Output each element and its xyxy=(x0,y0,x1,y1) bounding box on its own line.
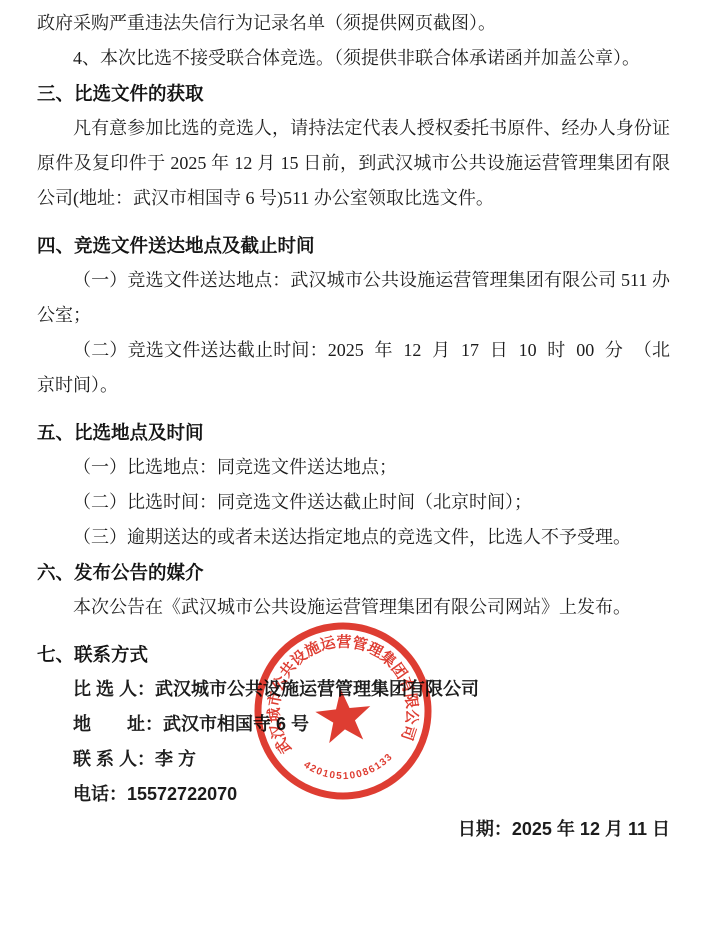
contact-value: 武汉城市公共设施运营管理集团有限公司 xyxy=(155,679,479,699)
contact-value: 15572722070 xyxy=(127,784,237,804)
contact-label: 联 系 人： xyxy=(73,749,155,769)
carryover-line: 政府采购严重违法失信行为记录名单（须提供网页截图）。 xyxy=(37,6,670,41)
section-6-title: 六、发布公告的媒介 xyxy=(37,555,670,590)
section-6-body: 本次公告在《武汉城市公共设施运营管理集团有限公司网站》上发布。 xyxy=(37,590,670,625)
section-5-item-1: （一）比选地点：同竞选文件送达地点； xyxy=(37,450,670,485)
section-5-item-2: （二）比选时间：同竞选文件送达截止时间（北京时间）； xyxy=(37,485,670,520)
date-line: 日期：2025 年 12 月 11 日 xyxy=(37,812,670,847)
contact-row-phone: 电话：15572722070 xyxy=(37,777,670,812)
contact-value: 李 方 xyxy=(155,749,196,769)
section-5-item-3: （三）逾期送达的或者未送达指定地点的竞选文件，比选人不予受理。 xyxy=(37,520,670,555)
section-4-item-1: （一）竞选文件送达地点：武汉城市公共设施运营管理集团有限公司 511 办公室； xyxy=(37,263,670,333)
section-7-title: 七、联系方式 xyxy=(37,637,670,672)
section-4-title: 四、竞选文件送达地点及截止时间 xyxy=(37,228,670,263)
section-5-title: 五、比选地点及时间 xyxy=(37,415,670,450)
contact-value: 武汉市相国寺 6 号 xyxy=(163,714,309,734)
contact-row-person: 联 系 人：李 方 xyxy=(37,742,670,777)
section-4-item-2: （二）竞选文件送达截止时间：2025 年 12 月 17 日 10 时 00 分… xyxy=(37,333,670,403)
section-3-body: 凡有意参加比选的竞选人，请持法定代表人授权委托书原件、经办人身份证原件及复印件于… xyxy=(37,111,670,216)
item4-line: 4、本次比选不接受联合体竞选。（须提供非联合体承诺函并加盖公章）。 xyxy=(37,41,670,76)
contact-label: 电话： xyxy=(73,784,127,804)
contact-row-bidder: 比 选 人：武汉城市公共设施运营管理集团有限公司 xyxy=(37,672,670,707)
contact-label: 地 址： xyxy=(73,714,163,734)
contact-row-address: 地 址：武汉市相国寺 6 号 xyxy=(37,707,670,742)
document-page: 政府采购严重违法失信行为记录名单（须提供网页截图）。 4、本次比选不接受联合体竞… xyxy=(0,0,708,927)
section-3-title: 三、比选文件的获取 xyxy=(37,76,670,111)
contact-label: 比 选 人： xyxy=(73,679,155,699)
